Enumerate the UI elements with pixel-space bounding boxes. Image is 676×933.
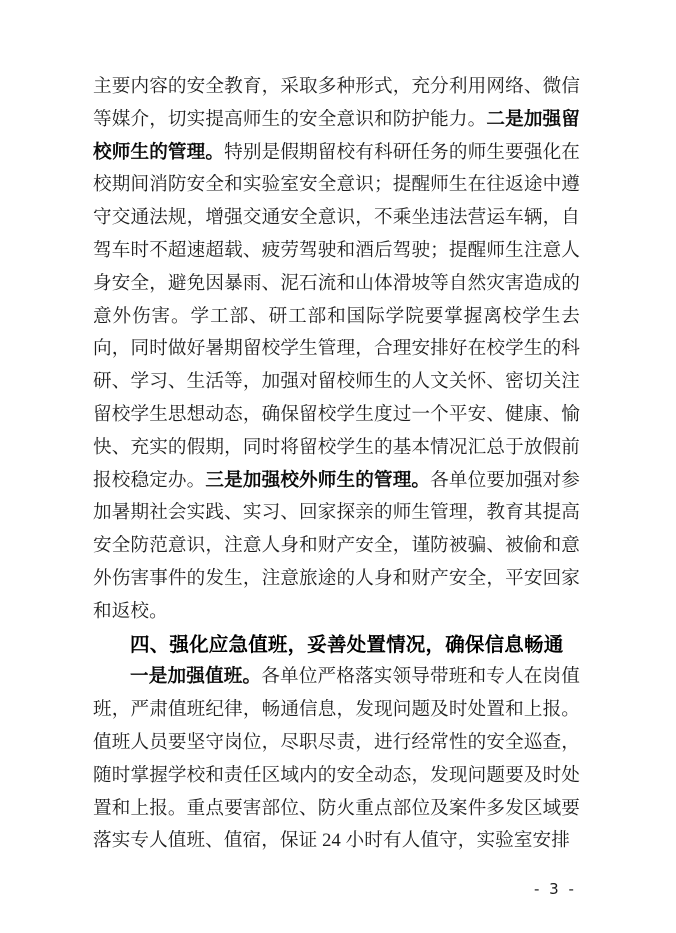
bold-run-item1-heading: 一是加强值班。 [130, 666, 261, 687]
bold-run-item3-heading: 三是加强校外师生的管理。 [205, 470, 430, 491]
paragraph-duty-shift: 一是加强值班。各单位严格落实领导带班和专人在岗值班，严肃值班纪律，畅通信息，发现… [93, 661, 580, 858]
section4-heading: 四、强化应急值班，妥善处置情况，确保信息畅通 [93, 629, 580, 662]
document-content: 主要内容的安全教育，采取多种形式，充分利用网络、微信等媒介，切实提高师生的安全意… [93, 71, 580, 858]
body-text-run: 特别是假期留校有科研任务的师生要强化在校期间消防安全和实验室安全意识；提醒师生在… [93, 142, 580, 491]
body-text-run: 各单位严格落实领导带班和专人在岗值班，严肃值班纪律，畅通信息，发现问题及时处置和… [93, 666, 580, 851]
paragraph-safety-management: 主要内容的安全教育，采取多种形式，充分利用网络、微信等媒介，切实提高师生的安全意… [93, 71, 580, 629]
document-page: 主要内容的安全教育，采取多种形式，充分利用网络、微信等媒介，切实提高师生的安全意… [0, 0, 676, 933]
body-text-run: 各单位要加强对参加暑期社会实践、实习、回家探亲的师生管理，教育其提高安全防范意识… [93, 470, 580, 622]
page-number: - 3 - [534, 881, 576, 898]
